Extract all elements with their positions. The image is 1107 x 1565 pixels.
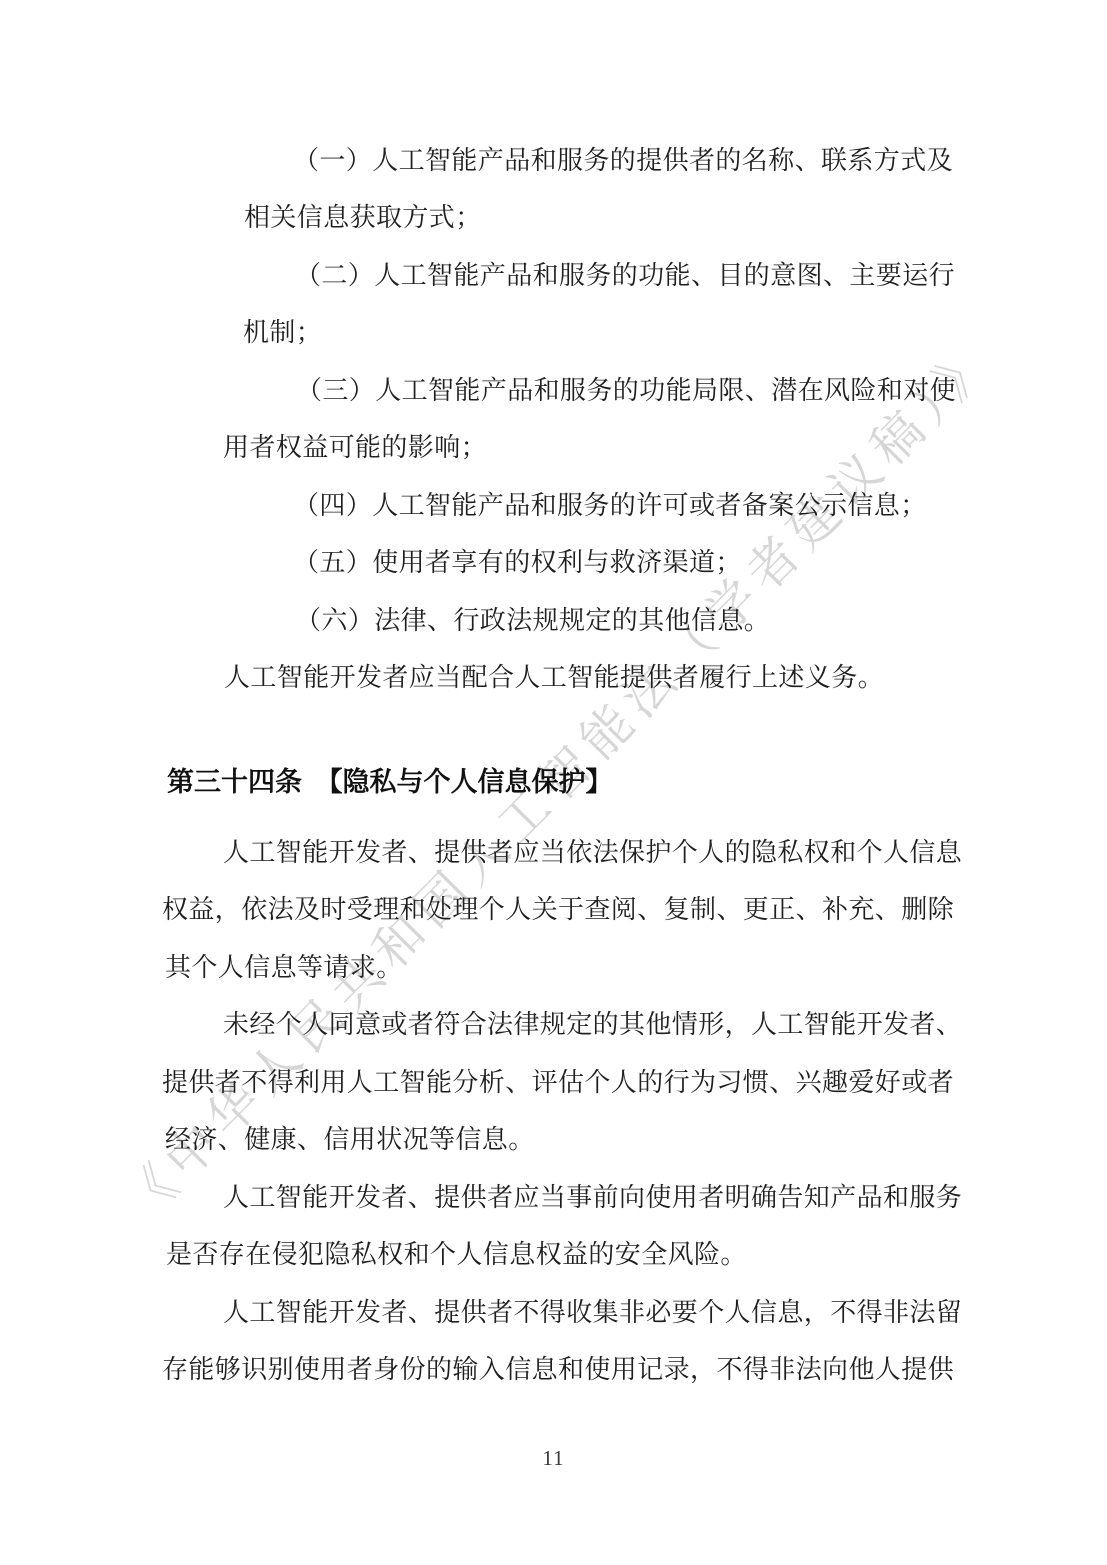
document-line: 人工智能开发者、提供者不得收集非必要个人信息，不得非法留 — [223, 1297, 962, 1330]
document-line: 未经个人同意或者符合法律规定的其他情形，人工智能开发者、 — [223, 1009, 962, 1042]
document-line: （三）人工智能产品和服务的功能局限、潜在风险和对使 — [296, 375, 956, 408]
document-line: 经济、健康、信用状况等信息。 — [165, 1124, 535, 1157]
document-line: 人工智能开发者、提供者应当事前向使用者明确告知产品和服务 — [223, 1182, 962, 1215]
document-line: 权益，依法及时受理和处理个人关于查阅、复制、更正、补充、删除 — [162, 894, 954, 927]
document-line: （五）使用者享有的权利与救济渠道； — [293, 547, 742, 580]
document-line: （四）人工智能产品和服务的许可或者备案公示信息； — [293, 490, 927, 523]
page-number: 11 — [0, 1446, 1107, 1471]
document-line: （六）法律、行政法规规定的其他信息。 — [295, 605, 770, 638]
document-line: 其个人信息等请求。 — [165, 952, 403, 985]
document-line: （二）人工智能产品和服务的功能、目的意图、主要运行 — [295, 260, 955, 293]
document-line: 人工智能开发者、提供者应当依法保护个人的隐私权和个人信息 — [223, 837, 962, 870]
document-line: 用者权益可能的影响； — [223, 432, 487, 465]
document-page: 《中华人民共和国人工智能法（学者建议稿）》 （一）人工智能产品和服务的提供者的名… — [0, 0, 1107, 1565]
document-line: 人工智能开发者应当配合人工智能提供者履行上述义务。 — [224, 662, 884, 695]
document-line: 是否存在侵犯隐私权和个人信息权益的安全风险。 — [166, 1239, 747, 1272]
document-line: 相关信息获取方式； — [244, 202, 482, 235]
article-heading: 第三十四条 【隐私与个人信息保护】 — [167, 766, 613, 800]
document-line: （一）人工智能产品和服务的提供者的名称、联系方式及 — [293, 145, 953, 178]
document-line: 提供者不得利用人工智能分析、评估个人的行为习惯、兴趣爱好或者 — [162, 1067, 954, 1100]
document-line: 机制； — [243, 317, 322, 350]
document-line: 存能够识别使用者身份的输入信息和使用记录，不得非法向他人提供 — [162, 1354, 954, 1387]
